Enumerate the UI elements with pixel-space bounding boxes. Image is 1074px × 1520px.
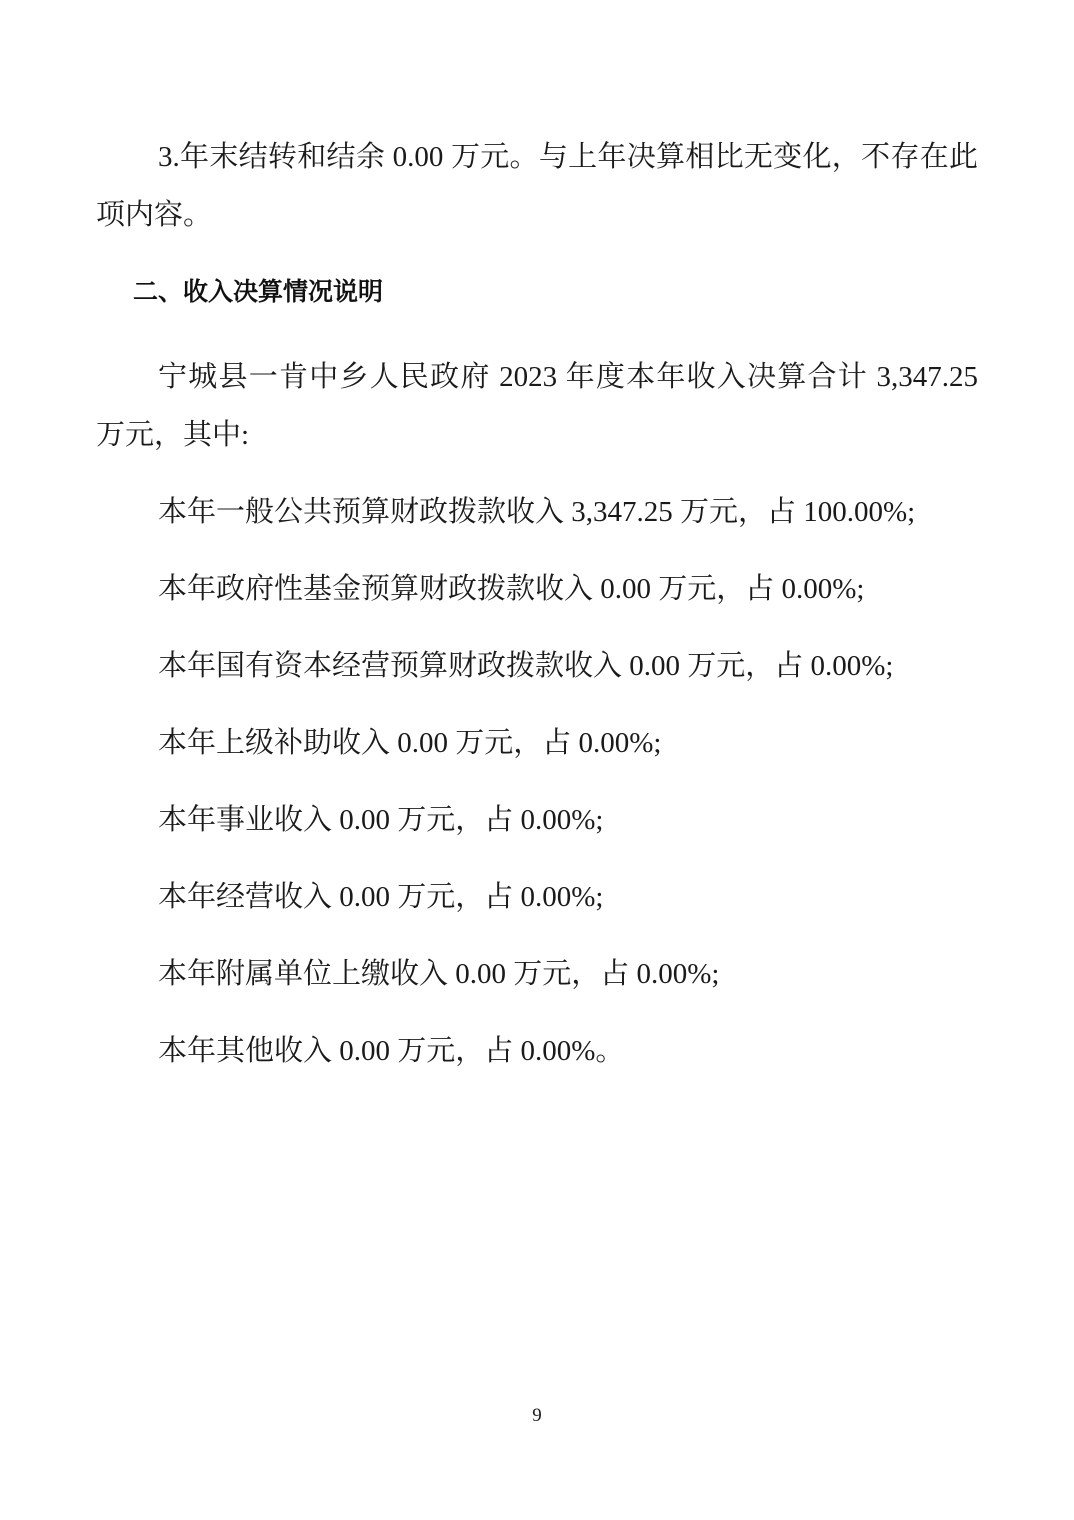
income-item-text: 本年上级补助收入 0.00 万元，占 0.00%; <box>96 714 978 772</box>
income-item-operating: 本年经营收入 0.00 万元，占 0.00%; <box>96 868 978 926</box>
income-item-superior-subsidy: 本年上级补助收入 0.00 万元，占 0.00%; <box>96 714 978 772</box>
income-item-text: 本年国有资本经营预算财政拨款收入 0.00 万元，占 0.00%; <box>96 637 978 695</box>
income-item-business: 本年事业收入 0.00 万元，占 0.00%; <box>96 791 978 849</box>
document-body: 3.年末结转和结余 0.00 万元。与上年决算相比无变化，不存在此 项内容。 二… <box>96 128 978 1099</box>
income-item-text: 本年事业收入 0.00 万元，占 0.00%; <box>96 791 978 849</box>
income-item-affiliated-units: 本年附属单位上缴收入 0.00 万元，占 0.00%; <box>96 945 978 1003</box>
income-item-other: 本年其他收入 0.00 万元，占 0.00%。 <box>96 1022 978 1080</box>
income-item-general-public-budget: 本年一般公共预算财政拨款收入 3,347.25 万元，占 100.00%; <box>96 483 978 541</box>
paragraph-carryover: 3.年末结转和结余 0.00 万元。与上年决算相比无变化，不存在此 项内容。 <box>96 128 978 244</box>
income-item-text: 本年一般公共预算财政拨款收入 3,347.25 万元，占 100.00%; <box>96 483 978 541</box>
income-item-text: 本年政府性基金预算财政拨款收入 0.00 万元，占 0.00%; <box>96 560 978 618</box>
income-item-state-capital: 本年国有资本经营预算财政拨款收入 0.00 万元，占 0.00%; <box>96 637 978 695</box>
income-item-text: 本年经营收入 0.00 万元，占 0.00%; <box>96 868 978 926</box>
paragraph-carryover-line-1: 3.年末结转和结余 0.00 万元。与上年决算相比无变化，不存在此 <box>96 128 978 186</box>
document-page: 3.年末结转和结余 0.00 万元。与上年决算相比无变化，不存在此 项内容。 二… <box>0 0 1074 1520</box>
paragraph-income-total: 宁城县一肯中乡人民政府 2023 年度本年收入决算合计 3,347.25 万元，… <box>96 348 978 464</box>
page-number: 9 <box>0 1402 1074 1430</box>
income-item-government-fund: 本年政府性基金预算财政拨款收入 0.00 万元，占 0.00%; <box>96 560 978 618</box>
paragraph-income-total-line-2: 万元，其中: <box>96 406 978 464</box>
paragraph-income-total-line-1: 宁城县一肯中乡人民政府 2023 年度本年收入决算合计 3,347.25 <box>96 348 978 406</box>
income-item-text: 本年附属单位上缴收入 0.00 万元，占 0.00%; <box>96 945 978 1003</box>
paragraph-carryover-line-2: 项内容。 <box>96 186 978 244</box>
section-heading-income: 二、收入决算情况说明 <box>96 263 978 321</box>
income-item-text: 本年其他收入 0.00 万元，占 0.00%。 <box>96 1022 978 1080</box>
